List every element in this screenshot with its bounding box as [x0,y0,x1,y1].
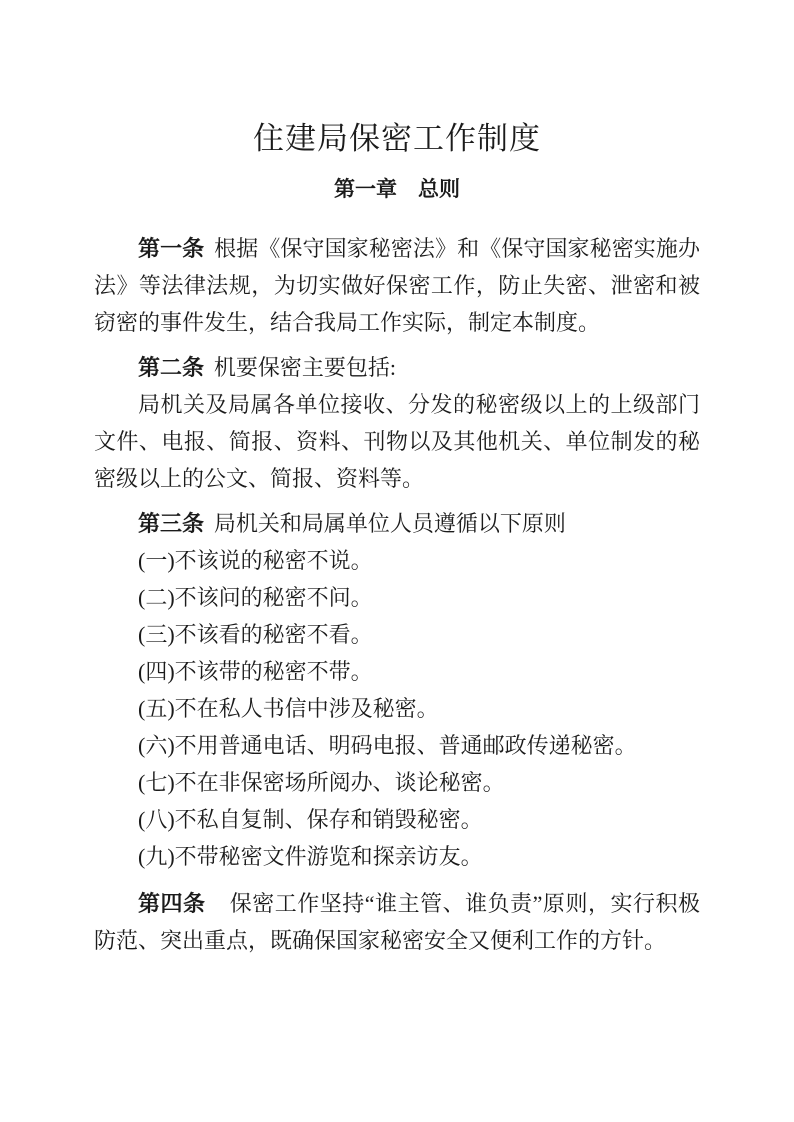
article-3-text: 局机关和局属单位人员遵循以下原则 [214,511,566,536]
article-4: 第四条保密工作坚持“谁主管、谁负责”原则，实行积极防范、突出重点，既确保国家秘密… [94,885,700,959]
article-3-item-7: (七)不在非保密场所阅办、谈论秘密。 [94,764,700,801]
article-3-item-2: (二)不该问的秘密不问。 [94,579,700,616]
document-page: 住建局保密工作制度 第一章 总则 第一条根据《保守国家秘密法》和《保守国家秘密实… [0,0,794,1122]
article-3-item-4: (四)不该带的秘密不带。 [94,653,700,690]
article-3-item-6: (六)不用普通电话、明码电报、普通邮政传递秘密。 [94,727,700,764]
article-3-item-5: (五)不在私人书信中涉及秘密。 [94,690,700,727]
chapter-heading: 第一章 总则 [94,176,700,204]
article-3: 第三条局机关和局属单位人员遵循以下原则 [94,505,700,542]
article-3-item-3: (三)不该看的秘密不看。 [94,616,700,653]
article-3-label: 第三条 [138,511,204,536]
article-2-continuation: 局机关及局属各单位接收、分发的秘密级以上的上级部门文件、电报、简报、资料、刊物以… [94,386,700,497]
article-3-item-1: (一)不该说的秘密不说。 [94,542,700,579]
article-2-text: 机要保密主要包括: [214,355,396,380]
article-2-label: 第二条 [138,355,204,380]
document-title: 住建局保密工作制度 [94,118,700,160]
article-1-label: 第一条 [138,236,204,261]
article-1: 第一条根据《保守国家秘密法》和《保守国家秘密实施办法》等法律法规，为切实做好保密… [94,230,700,341]
article-4-label: 第四条 [138,891,206,916]
article-3-item-9: (九)不带秘密文件游览和探亲访友。 [94,838,700,875]
article-3-item-8: (八)不私自复制、保存和销毁秘密。 [94,801,700,838]
article-2: 第二条机要保密主要包括: [94,349,700,386]
